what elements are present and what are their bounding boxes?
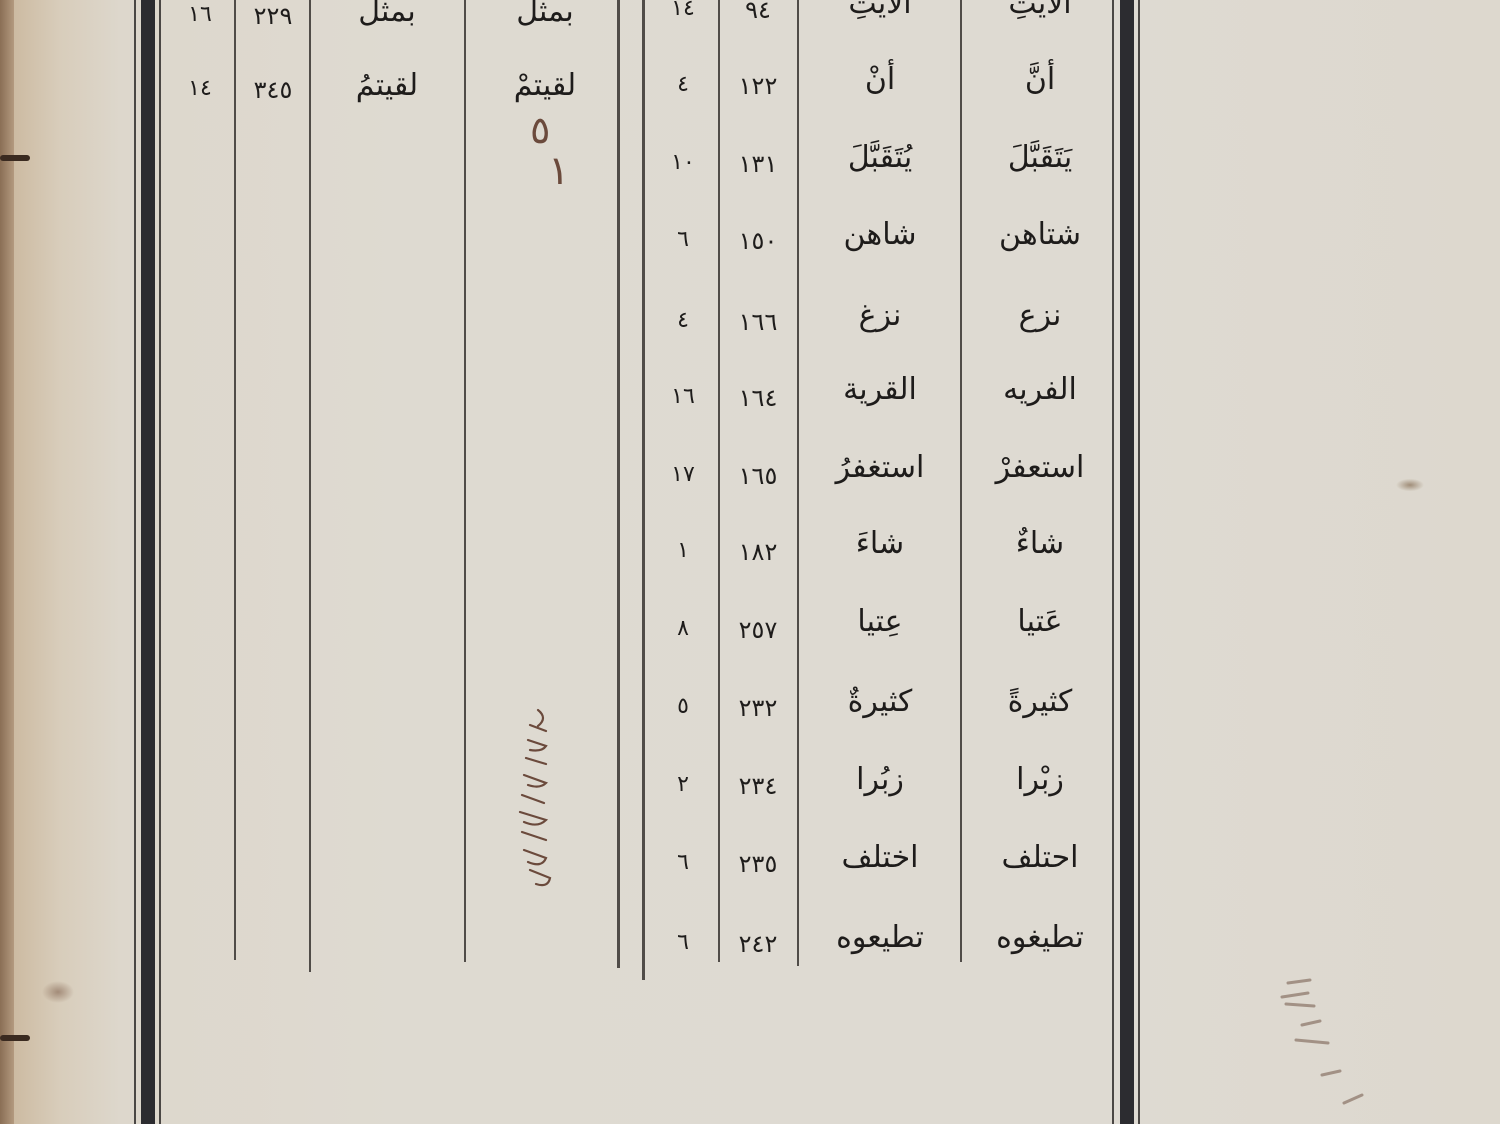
page-number: ٢٣٢: [722, 694, 794, 722]
correct-word: يَتَقَبَّلَ: [965, 140, 1115, 175]
correct-word: لقيتمْ: [470, 68, 620, 103]
frame-border-right: [1120, 0, 1134, 1124]
column-divider: [234, 0, 236, 960]
correct-word: عَتيا: [965, 604, 1115, 639]
wrong-word: زبُرا: [805, 762, 955, 797]
book-spine: [0, 0, 14, 1124]
column-divider: [718, 0, 720, 962]
correct-word: كثيرةً: [965, 684, 1115, 719]
line-number: ١٦: [170, 2, 230, 27]
page-number: ١٥٠: [722, 227, 794, 255]
correct-word: تطيغوه: [965, 920, 1115, 955]
frame-rule: [159, 0, 161, 1124]
scanned-page: بمثل بمثل ٢٢٩ ١٦ لقيتمْ لقيتمُ ٣٤٥ ١٤ ٥ …: [0, 0, 1500, 1124]
center-divider: [617, 0, 620, 968]
line-number: ١٤: [170, 76, 230, 101]
correct-word: نزع: [965, 298, 1115, 333]
frame-rule: [1138, 0, 1140, 1124]
wrong-word: بمثل: [312, 0, 462, 29]
wrong-word: شاءَ: [805, 526, 955, 561]
page-number: ٩٤: [722, 0, 794, 24]
column-divider: [797, 0, 799, 966]
wrong-word: يُتَقَبَّلَ: [805, 140, 955, 175]
page-number: ١٦٦: [722, 308, 794, 336]
column-divider: [464, 0, 466, 962]
page-number: ١٢٢: [722, 72, 794, 100]
column-divider: [960, 0, 962, 962]
line-number: ٤: [650, 72, 716, 97]
page-number: ٣٤٥: [238, 76, 308, 104]
wrong-word: القرية: [805, 372, 955, 407]
correct-word: احتلف: [965, 840, 1115, 875]
wrong-word: الآيتِ: [805, 0, 955, 21]
wrong-word: لقيتمُ: [312, 68, 462, 103]
line-number: ٤: [650, 308, 716, 333]
handwritten-stroke: ١: [548, 148, 569, 194]
page-number: ٢٣٤: [722, 772, 794, 800]
wrong-word: اختلف: [805, 840, 955, 875]
page-number: ٢٣٥: [722, 850, 794, 878]
wrong-word: نزغ: [805, 298, 955, 333]
page-number: ٢٢٩: [238, 2, 308, 30]
line-number: ٦: [650, 930, 716, 955]
binding-thread: [0, 155, 30, 161]
line-number: ٨: [650, 616, 716, 641]
line-number: ١٠: [650, 150, 716, 175]
page-number: ١٣١: [722, 150, 794, 178]
line-number: ٦: [650, 850, 716, 875]
wrong-word: كثيرةٌ: [805, 684, 955, 719]
correct-word: زبْرا: [965, 762, 1115, 797]
wrong-word: أنْ: [805, 62, 955, 97]
pencil-marks-icon: [1270, 935, 1390, 1105]
correct-word: الآيتِ: [965, 0, 1115, 21]
page-number: ١٦٥: [722, 462, 794, 490]
correct-word: بمثل: [470, 0, 620, 29]
wrong-word: استغفرُ: [805, 450, 955, 485]
frame-rule: [134, 0, 136, 1124]
frame-border-left: [141, 0, 155, 1124]
center-divider: [642, 0, 645, 980]
column-divider: [309, 0, 311, 972]
signature-icon: [500, 700, 560, 900]
page-number: ١٨٢: [722, 538, 794, 566]
line-number: ٥: [650, 694, 716, 719]
line-number: ٦: [650, 227, 716, 252]
line-number: ٢: [650, 772, 716, 797]
line-number: ١: [650, 538, 716, 563]
line-number: ١٦: [650, 384, 716, 409]
correct-word: شتاهن: [965, 217, 1115, 252]
binding-thread: [0, 1035, 30, 1041]
wrong-word: عِتيا: [805, 604, 955, 639]
handwritten-number: ٥: [530, 108, 550, 152]
page-number: ١٦٤: [722, 384, 794, 412]
correct-word: الفريه: [965, 372, 1115, 407]
wrong-word: تطيعوه: [805, 920, 955, 955]
page-number: ٢٤٢: [722, 930, 794, 958]
correct-word: أنَّ: [965, 62, 1115, 97]
correct-word: شاءٌ: [965, 526, 1115, 561]
correct-word: استعفرْ: [965, 450, 1115, 485]
page-number: ٢٥٧: [722, 616, 794, 644]
line-number: ١٧: [650, 462, 716, 487]
line-number: ١٤: [650, 0, 716, 21]
wrong-word: شاهن: [805, 217, 955, 252]
